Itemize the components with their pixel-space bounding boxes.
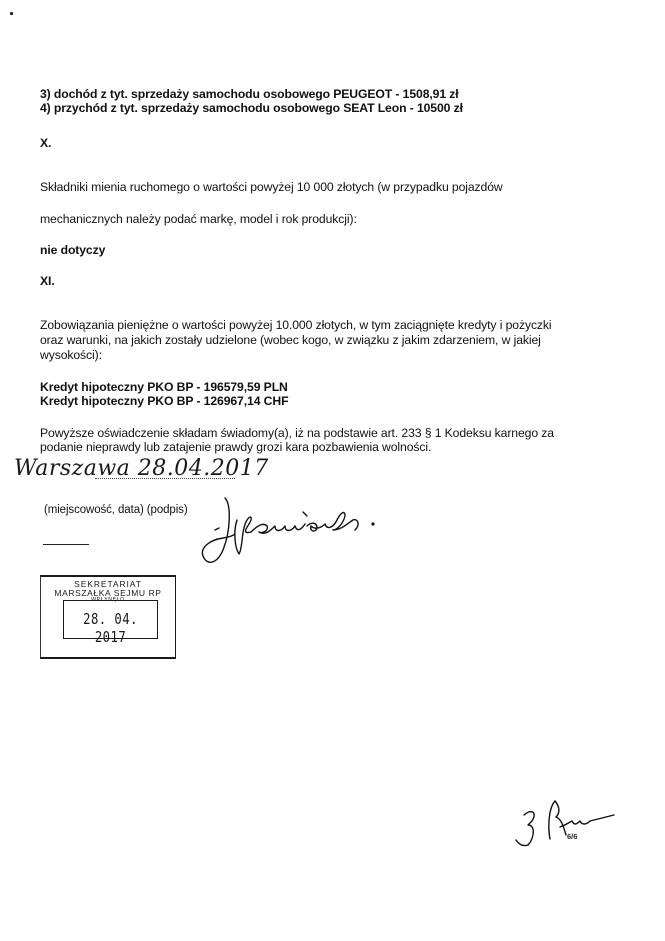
income-item-4: 4) przychód z tyt. sprzedaży samochodu o… [40, 101, 463, 115]
section-xi-question-line3: wysokości): [40, 348, 102, 362]
stamp-date: 28. 04. 2017 [72, 610, 148, 646]
income-item-3: 3) dochód z tyt. sprzedaży samochodu oso… [40, 87, 459, 101]
scan-speck [10, 12, 13, 15]
section-x-heading: X. [40, 136, 51, 150]
loan-item-chf: Kredyt hipoteczny PKO BP - 126967,14 CHF [40, 394, 288, 408]
signature-dash [43, 544, 89, 545]
section-x-question-line1: Składniki mienia ruchomego o wartości po… [40, 180, 503, 194]
place-date-dotted-line [95, 478, 235, 479]
signature-icon [195, 490, 395, 570]
signature-caption: (miejscowość, data) (podpis) [44, 503, 188, 517]
section-x-question-line2: mechanicznych należy podać markę, model … [40, 212, 357, 226]
loan-item-pln: Kredyt hipoteczny PKO BP - 196579,59 PLN [40, 380, 288, 394]
page-number: 6/6 [567, 832, 577, 841]
incoming-stamp: SEKRETARIAT MARSZAŁKA SEJMU RP WPŁYNĘŁO … [40, 575, 176, 659]
initials-signature-icon [510, 795, 630, 850]
section-x-answer: nie dotyczy [40, 243, 105, 257]
declaration-line1: Powyższe oświadczenie składam świadomy(a… [40, 426, 554, 440]
declaration-line2: podanie nieprawdy lub zatajenie prawdy g… [40, 440, 431, 454]
document-page: 3) dochód z tyt. sprzedaży samochodu oso… [0, 0, 665, 941]
section-xi-question-line2: oraz warunki, na jakich zostały udzielon… [40, 333, 541, 347]
stamp-date-box: 28. 04. 2017 [63, 600, 158, 639]
section-xi-heading: XI. [40, 274, 55, 288]
section-xi-question-line1: Zobowiązania pieniężne o wartości powyże… [40, 318, 552, 332]
